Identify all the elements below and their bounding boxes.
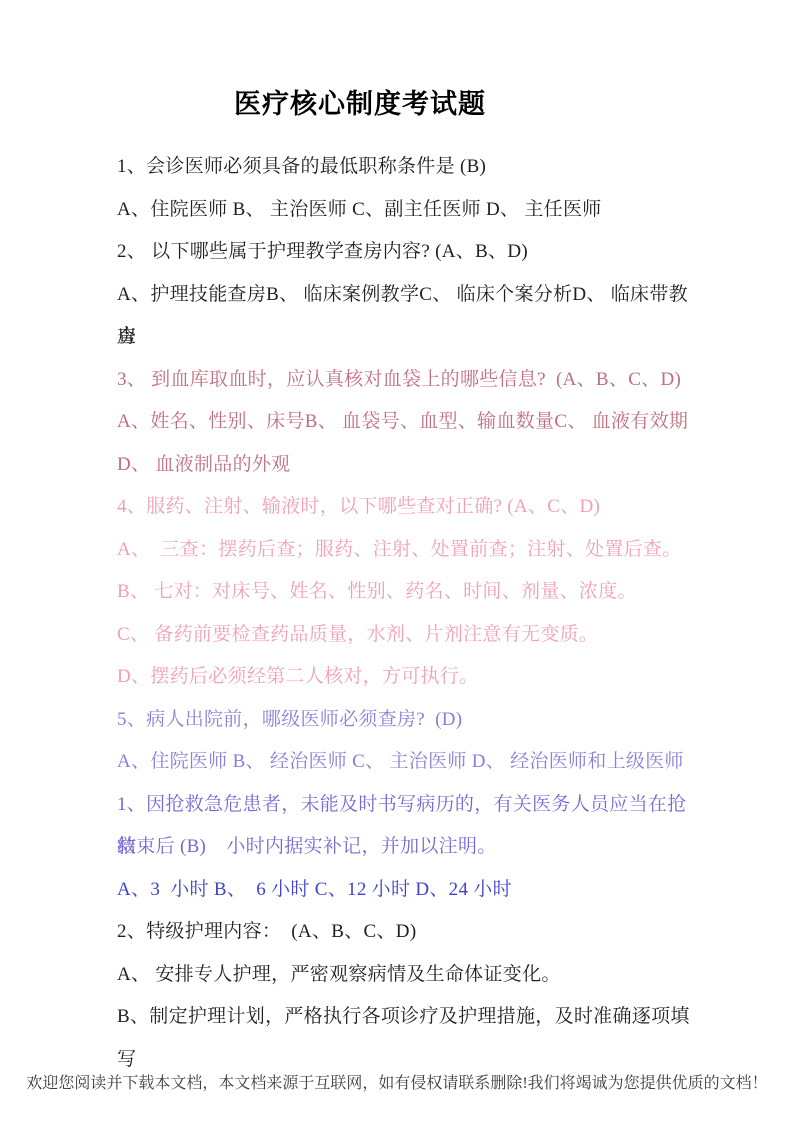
document-body: 1、会诊医师必须具备的最低职称条件是 (B) A、住院医师 B、 主治医师 C、… [0,146,794,1039]
line-q1: 1、会诊医师必须具备的最低职称条件是 (B) [117,146,704,189]
line-q7-option-a: A、 安排专人护理，严密观察病情及生命体证变化。 [117,954,704,997]
line-q2-options: A、护理技能查房B、 临床案例教学C、 临床个案分析D、 临床带教查 [117,274,704,317]
line-q3-options-abc: A、姓名、性别、床号B、 血袋号、血型、输血数量C、 血液有效期 [117,401,704,444]
line-q6-cont: 结束后 (B) 小时内据实补记，并加以注明。 [117,826,704,869]
line-q7: 2、特级护理内容： (A、B、C、D) [117,911,704,954]
footer-disclaimer: 欢迎您阅读并下载本文档，本文档来源于互联网，如有侵权请联系删除!我们将竭诚为您提… [0,1070,794,1093]
line-q4: 4、服药、注射、输液时，以下哪些查对正确? (A、C、D) [117,486,704,529]
line-q2-options-cont: 房 [117,316,704,359]
line-q4-option-c: C、 备药前要检查药品质量，水剂、片剂注意有无变质。 [117,614,704,657]
line-q3-option-d: D、 血液制品的外观 [117,444,704,487]
line-q4-option-d: D、摆药后必须经第二人核对，方可执行。 [117,656,704,699]
line-q2: 2、 以下哪些属于护理教学查房内容? (A、B、D) [117,231,704,274]
line-q6: 1、因抢救急危患者，未能及时书写病历的，有关医务人员应当在抢救 [117,784,704,827]
line-q1-options: A、住院医师 B、 主治医师 C、副主任医师 D、 主任医师 [117,189,704,232]
line-q3: 3、 到血库取血时，应认真核对血袋上的哪些信息? (A、B、C、D) [117,359,704,402]
line-q5-options: A、住院医师 B、 经治医师 C、 主治医师 D、 经治医师和上级医师 [117,741,704,784]
line-q6-options: A、3 小时 B、 6 小时 C、12 小时 D、24 小时 [117,869,704,912]
line-q4-option-a: A、 三查：摆药后查；服药、注射、处置前查；注射、处置后查。 [117,529,704,572]
document-page: 医疗核心制度考试题 1、会诊医师必须具备的最低职称条件是 (B) A、住院医师 … [0,0,794,1122]
line-q5: 5、病人出院前，哪级医师必须查房? (D) [117,699,704,742]
line-q7-option-b: B、制定护理计划，严格执行各项诊疗及护理措施，及时准确逐项填写 [117,996,704,1039]
page-title: 医疗核心制度考试题 [0,0,794,122]
line-q4-option-b: B、 七对：对床号、姓名、性别、药名、时间、剂量、浓度。 [117,571,704,614]
